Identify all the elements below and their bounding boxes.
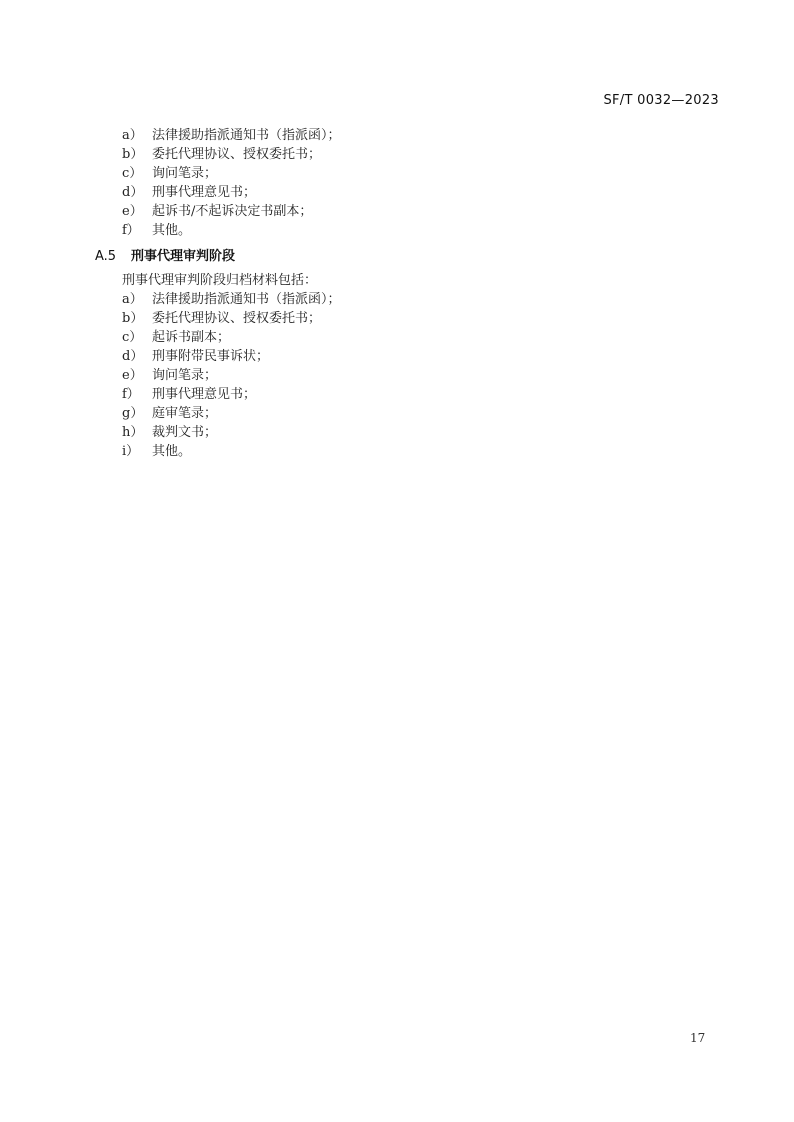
list-item-text: 询问笔录； [152,366,217,385]
list-item: b）委托代理协议、授权委托书； [122,309,341,328]
list-item: d）刑事代理意见书； [122,183,341,202]
list-item: g）庭审笔录； [122,404,341,423]
list-item-text: 法律援助指派通知书（指派函）； [152,126,341,145]
list-item: e）询问笔录； [122,366,341,385]
list-marker: c） [122,164,152,183]
list-item-text: 刑事代理意见书； [152,183,256,202]
list-marker: a） [122,290,152,309]
list-marker: g） [122,404,152,423]
list-item-text: 裁判文书； [152,423,217,442]
list-marker: f） [122,385,152,404]
list-item-text: 询问笔录； [152,164,217,183]
section-intro: 刑事代理审判阶段归档材料包括： [122,271,317,290]
list-item: b）委托代理协议、授权委托书； [122,145,341,164]
list-marker: e） [122,202,152,221]
list-item-text: 其他。 [152,442,191,461]
list-item-text: 庭审笔录； [152,404,217,423]
list-marker: h） [122,423,152,442]
list-marker: e） [122,366,152,385]
list-marker: b） [122,145,152,164]
list-marker: i） [122,442,152,461]
archive-materials-list-previous: a）法律援助指派通知书（指派函）； b）委托代理协议、授权委托书； c）询问笔录… [122,126,341,240]
list-item: e）起诉书/不起诉决定书副本； [122,202,341,221]
list-item: f）其他。 [122,221,341,240]
list-item-text: 委托代理协议、授权委托书； [152,145,321,164]
list-marker: b） [122,309,152,328]
section-title: 刑事代理审判阶段 [131,249,235,264]
section-number: A.5 [95,249,131,264]
archive-materials-list-trial: a）法律援助指派通知书（指派函）； b）委托代理协议、授权委托书； c）起诉书副… [122,290,341,461]
list-item: c）起诉书副本； [122,328,341,347]
list-item: d）刑事附带民事诉状； [122,347,341,366]
list-marker: a） [122,126,152,145]
list-item: i）其他。 [122,442,341,461]
list-marker: f） [122,221,152,240]
list-item: a）法律援助指派通知书（指派函）； [122,290,341,309]
list-item-text: 其他。 [152,221,191,240]
list-item-text: 刑事附带民事诉状； [152,347,269,366]
standard-code-header: SF/T 0032—2023 [603,93,719,108]
list-item: f）刑事代理意见书； [122,385,341,404]
list-item: a）法律援助指派通知书（指派函）； [122,126,341,145]
list-item-text: 刑事代理意见书； [152,385,256,404]
list-item-text: 起诉书/不起诉决定书副本； [152,202,312,221]
list-marker: d） [122,183,152,202]
list-item: h）裁判文书； [122,423,341,442]
list-item-text: 法律援助指派通知书（指派函）； [152,290,341,309]
list-item-text: 起诉书副本； [152,328,230,347]
section-heading-a5: A.5刑事代理审判阶段 [95,245,235,264]
list-item-text: 委托代理协议、授权委托书； [152,309,321,328]
list-item: c）询问笔录； [122,164,341,183]
page-number: 17 [690,1031,705,1045]
list-marker: c） [122,328,152,347]
list-marker: d） [122,347,152,366]
